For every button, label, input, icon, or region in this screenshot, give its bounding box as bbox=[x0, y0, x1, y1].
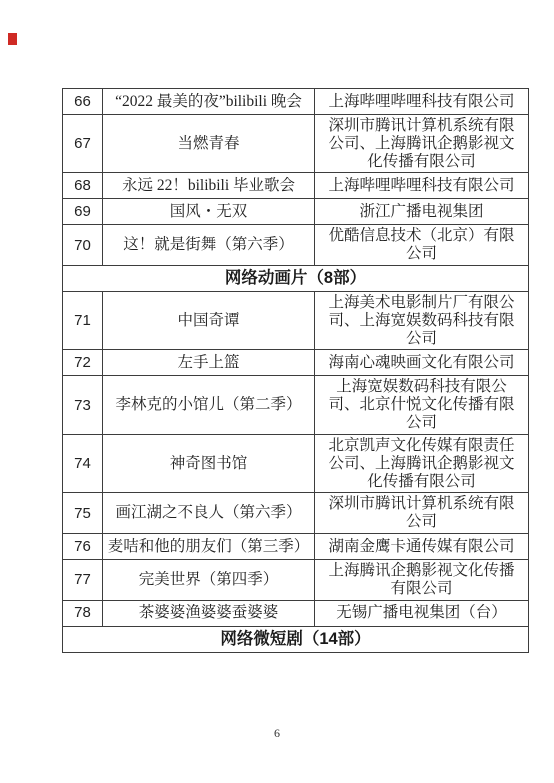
page-number: 6 bbox=[0, 726, 554, 741]
row-index: 73 bbox=[63, 376, 103, 434]
production-company: 上海腾讯企鹅影视文化传播有限公司 bbox=[315, 559, 529, 600]
production-company: 海南心魂映画文化有限公司 bbox=[315, 350, 529, 376]
program-title: 这！就是街舞（第六季） bbox=[103, 225, 315, 266]
production-company: 深圳市腾讯计算机系统有限公司、上海腾讯企鹅影视文化传播有限公司 bbox=[315, 115, 529, 173]
production-company: 深圳市腾讯计算机系统有限公司 bbox=[315, 493, 529, 534]
production-company: 上海美术电影制片厂有限公司、上海宽娱数码科技有限公司 bbox=[315, 292, 529, 350]
table-row: 76麦咭和他的朋友们（第三季）湖南金鹰卡通传媒有限公司 bbox=[63, 533, 529, 559]
row-index: 75 bbox=[63, 493, 103, 534]
row-index: 70 bbox=[63, 225, 103, 266]
table-row: 74神奇图书馆北京凯声文化传媒有限责任公司、上海腾讯企鹅影视文化传播有限公司 bbox=[63, 434, 529, 492]
row-index: 68 bbox=[63, 173, 103, 199]
table-row: 71中国奇谭上海美术电影制片厂有限公司、上海宽娱数码科技有限公司 bbox=[63, 292, 529, 350]
production-company: 上海宽娱数码科技有限公司、北京什悦文化传播有限公司 bbox=[315, 376, 529, 434]
table-row: 73李林克的小馆儿（第二季）上海宽娱数码科技有限公司、北京什悦文化传播有限公司 bbox=[63, 376, 529, 434]
table-row: 68永远 22！bilibili 毕业歌会上海哔哩哔哩科技有限公司 bbox=[63, 173, 529, 199]
production-company: 浙江广播电视集团 bbox=[315, 199, 529, 225]
table-row: 69国风・无双浙江广播电视集团 bbox=[63, 199, 529, 225]
table-row: 72左手上篮海南心魂映画文化有限公司 bbox=[63, 350, 529, 376]
row-index: 72 bbox=[63, 350, 103, 376]
row-index: 77 bbox=[63, 559, 103, 600]
section-header: 网络动画片（8部） bbox=[63, 266, 529, 292]
program-title: 当燃青春 bbox=[103, 115, 315, 173]
program-title: 画江湖之不良人（第六季） bbox=[103, 493, 315, 534]
program-title: 神奇图书馆 bbox=[103, 434, 315, 492]
production-company: 上海哔哩哔哩科技有限公司 bbox=[315, 89, 529, 115]
production-company: 湖南金鹰卡通传媒有限公司 bbox=[315, 533, 529, 559]
program-title: 李林克的小馆儿（第二季） bbox=[103, 376, 315, 434]
section-header-row: 网络微短剧（14部） bbox=[63, 626, 529, 652]
table-row: 67当燃青春深圳市腾讯计算机系统有限公司、上海腾讯企鹅影视文化传播有限公司 bbox=[63, 115, 529, 173]
program-title: 左手上篮 bbox=[103, 350, 315, 376]
document-page: 66“2022 最美的夜”bilibili 晚会上海哔哩哔哩科技有限公司67当燃… bbox=[0, 0, 554, 783]
table-row: 77完美世界（第四季）上海腾讯企鹅影视文化传播有限公司 bbox=[63, 559, 529, 600]
program-title: 茶婆婆渔婆婆蚕婆婆 bbox=[103, 600, 315, 626]
table-row: 78茶婆婆渔婆婆蚕婆婆无锡广播电视集团（台） bbox=[63, 600, 529, 626]
table-row: 66“2022 最美的夜”bilibili 晚会上海哔哩哔哩科技有限公司 bbox=[63, 89, 529, 115]
program-title: “2022 最美的夜”bilibili 晚会 bbox=[103, 89, 315, 115]
table-row: 70这！就是街舞（第六季）优酷信息技术（北京）有限公司 bbox=[63, 225, 529, 266]
program-list-table: 66“2022 最美的夜”bilibili 晚会上海哔哩哔哩科技有限公司67当燃… bbox=[62, 88, 529, 653]
production-company: 无锡广播电视集团（台） bbox=[315, 600, 529, 626]
program-title: 完美世界（第四季） bbox=[103, 559, 315, 600]
row-index: 71 bbox=[63, 292, 103, 350]
program-title: 永远 22！bilibili 毕业歌会 bbox=[103, 173, 315, 199]
program-title: 国风・无双 bbox=[103, 199, 315, 225]
row-index: 76 bbox=[63, 533, 103, 559]
section-header-row: 网络动画片（8部） bbox=[63, 266, 529, 292]
production-company: 北京凯声文化传媒有限责任公司、上海腾讯企鹅影视文化传播有限公司 bbox=[315, 434, 529, 492]
program-title: 中国奇谭 bbox=[103, 292, 315, 350]
row-index: 74 bbox=[63, 434, 103, 492]
production-company: 上海哔哩哔哩科技有限公司 bbox=[315, 173, 529, 199]
row-index: 78 bbox=[63, 600, 103, 626]
row-index: 66 bbox=[63, 89, 103, 115]
table-row: 75画江湖之不良人（第六季）深圳市腾讯计算机系统有限公司 bbox=[63, 493, 529, 534]
red-mark bbox=[8, 33, 17, 45]
row-index: 69 bbox=[63, 199, 103, 225]
section-header: 网络微短剧（14部） bbox=[63, 626, 529, 652]
program-title: 麦咭和他的朋友们（第三季） bbox=[103, 533, 315, 559]
row-index: 67 bbox=[63, 115, 103, 173]
production-company: 优酷信息技术（北京）有限公司 bbox=[315, 225, 529, 266]
